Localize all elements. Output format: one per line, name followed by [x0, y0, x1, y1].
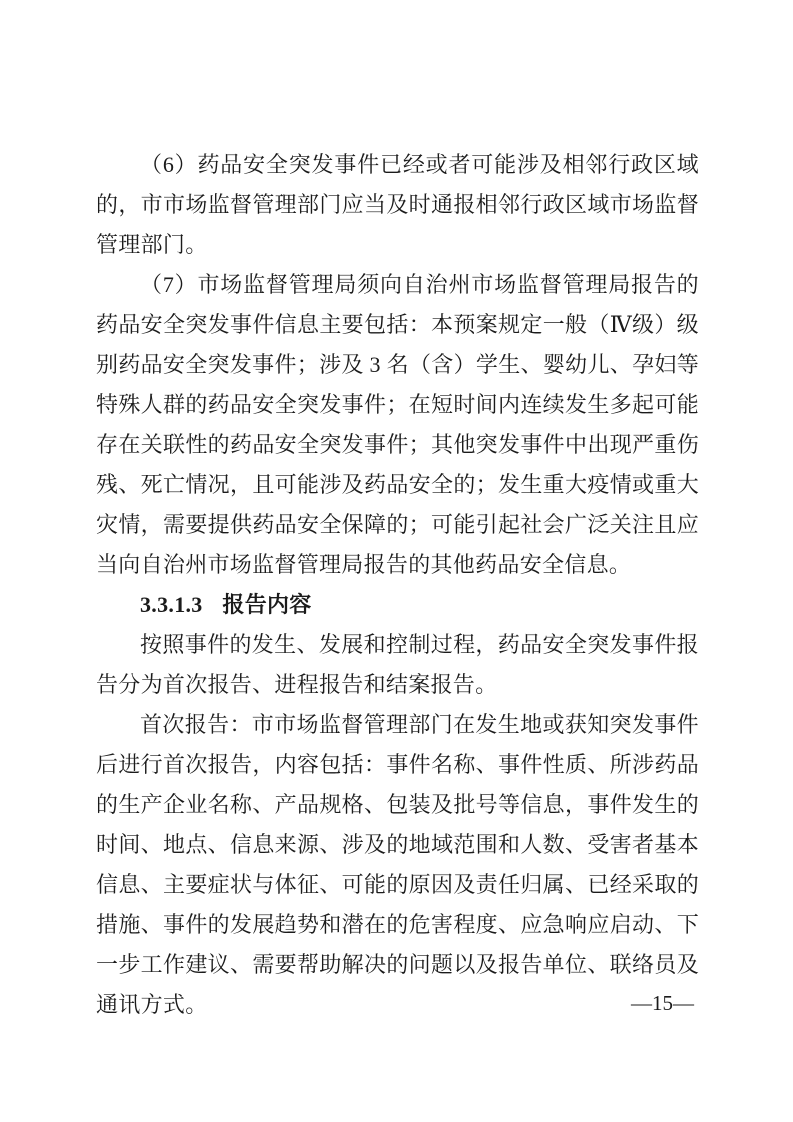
document-body: （6）药品安全突发事件已经或者可能涉及相邻行政区域的，市市场监督管理部门应当及时…: [96, 145, 699, 1025]
para-item-6: （6）药品安全突发事件已经或者可能涉及相邻行政区域的，市市场监督管理部门应当及时…: [96, 145, 699, 265]
para-item-7: （7）市场监督管理局须向自治州市场监督管理局报告的药品安全突发事件信息主要包括：…: [96, 265, 699, 585]
section-heading-number: 3.3.1.3: [140, 592, 203, 617]
document-page: （6）药品安全突发事件已经或者可能涉及相邻行政区域的，市市场监督管理部门应当及时…: [0, 0, 793, 1122]
section-heading: 3.3.1.3报告内容: [96, 585, 699, 625]
page-footer: —15—: [631, 991, 694, 1015]
para-report-process: 按照事件的发生、发展和控制过程，药品安全突发事件报告分为首次报告、进程报告和结案…: [96, 625, 699, 705]
section-heading-title: 报告内容: [222, 592, 311, 617]
para-first-report: 首次报告：市市场监督管理部门在发生地或获知突发事件后进行首次报告，内容包括：事件…: [96, 705, 699, 1025]
page-number: —15—: [631, 991, 694, 1015]
